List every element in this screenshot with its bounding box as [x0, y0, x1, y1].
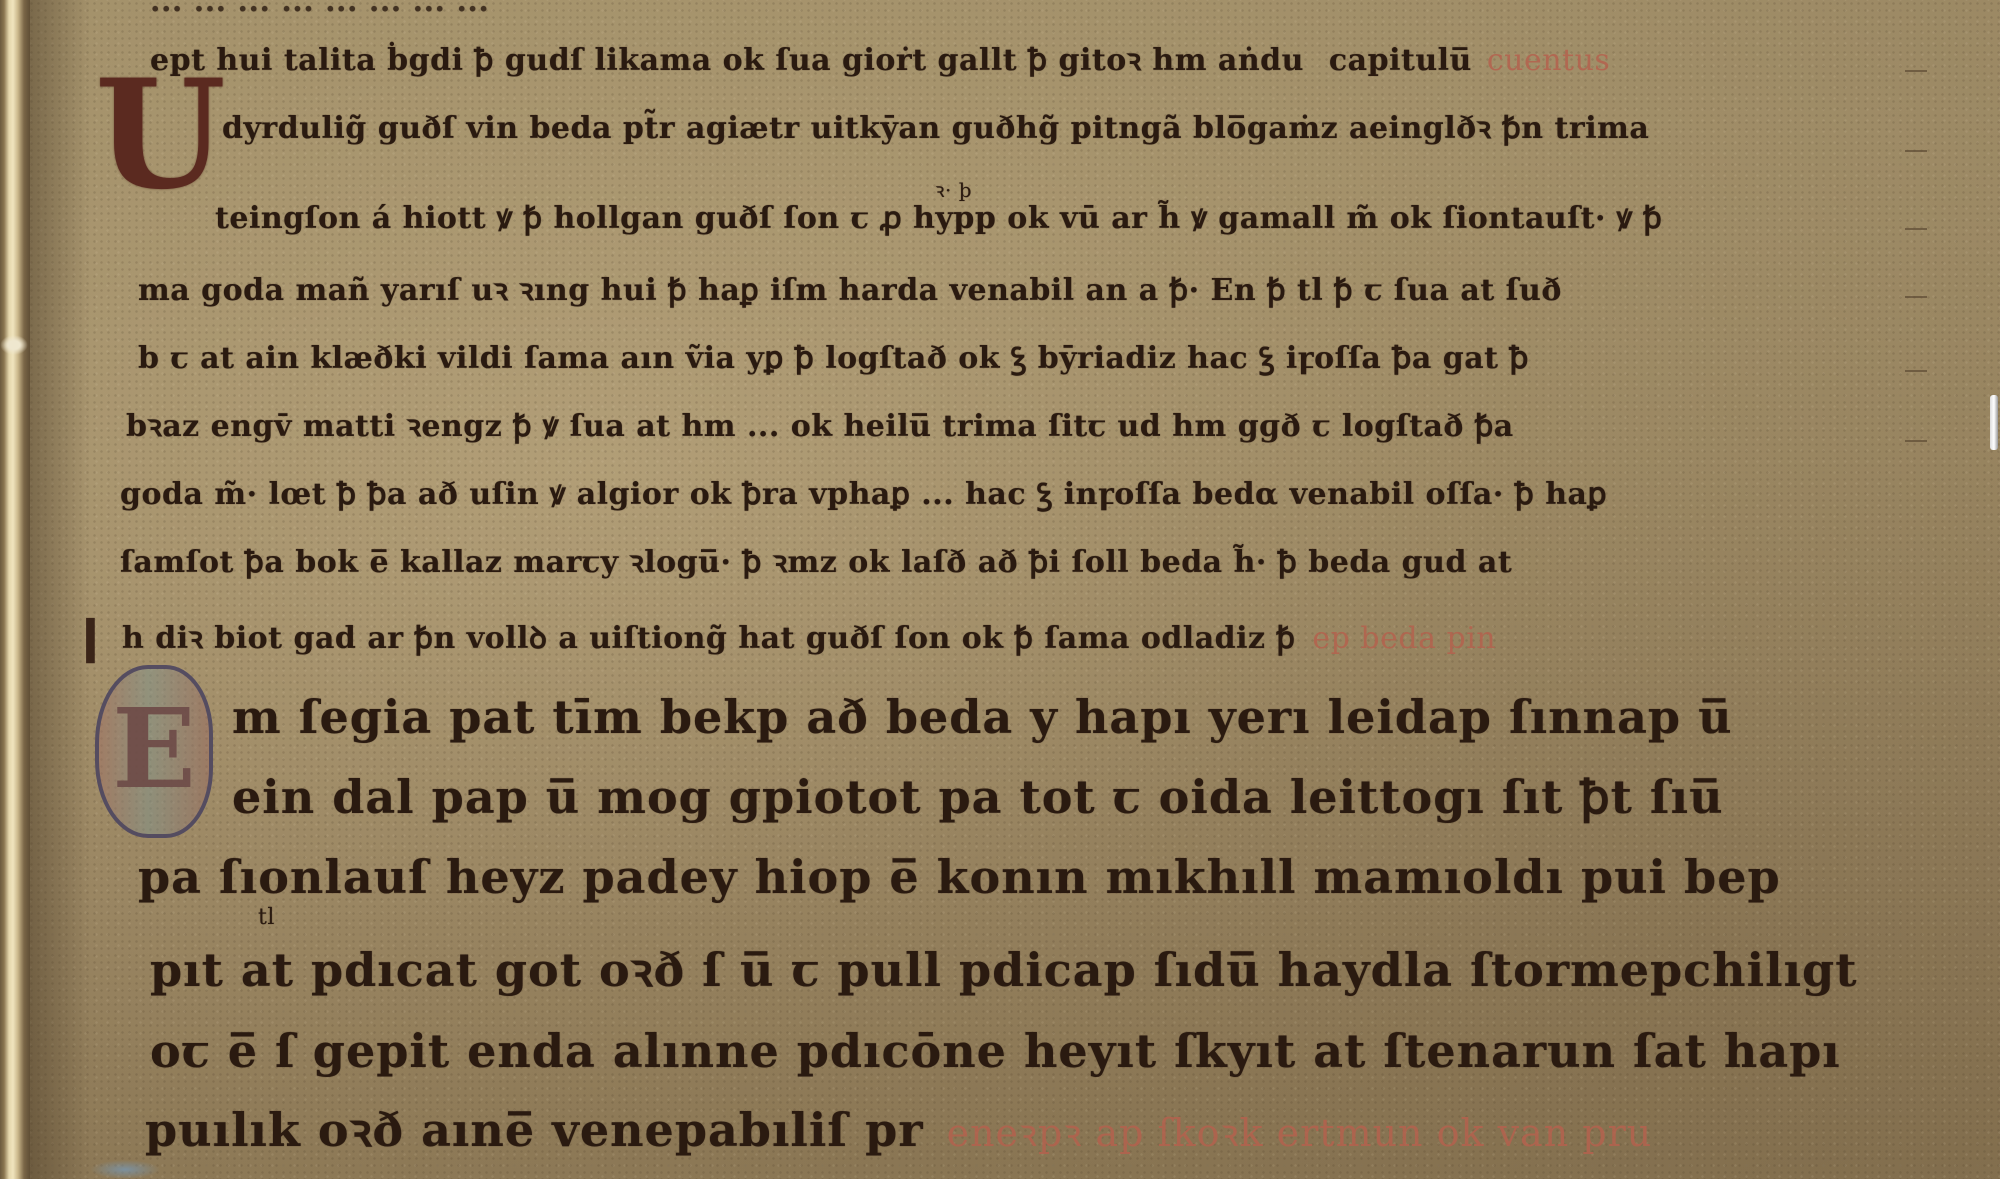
decorated-initial-u: U	[95, 60, 235, 210]
mounting-pin	[1990, 395, 1998, 450]
gutter-shadow	[30, 0, 90, 1179]
text-line-7: goda m̃· lœt ꝥ ꝥa að uſin ꝟ algior ok ꝥr…	[120, 472, 1607, 513]
text-line-13: pıt at pdıcat got oꝛð ſ u̅ ꞇ pull pdicap…	[150, 938, 1857, 1000]
chapter-heading: capitulu̅	[1329, 43, 1472, 78]
text-line-8: ſamſot ꝥa bok e̅ kallaz marꞇy ꝛlogu̅· ꝥ …	[120, 540, 1512, 581]
line-9-text: h diꝛ biot gad ar ꝥn vollꝺ a uiſtiong̃ h…	[122, 621, 1295, 656]
text-line-4: ma goda mañ yarıſ uꝛ ꝛıng hui ꝥ haꝑ iſm …	[138, 268, 1562, 309]
rubric-heading-3: eneꝛpꝛ ap ſkoꝛk ertmun ok van pru	[947, 1111, 1653, 1155]
ruling-tick	[1905, 70, 1927, 72]
binding-stitch	[0, 335, 28, 355]
ruling-tick	[1905, 150, 1927, 152]
paragraph-mark: ❙	[72, 612, 109, 663]
binding-strip	[0, 0, 30, 1179]
interlinear-gloss: tl	[258, 905, 275, 930]
text-line-11: ein dal pap u̅ mog gpiotot pa tot ꞇ oida…	[232, 770, 1724, 824]
manuscript-page: U E ❙ ... ... ... ... ... ... ... ... ep…	[0, 0, 2000, 1179]
text-line-2: dyrdulig̃ guðſ vin beda pt̃r agiætr uitk…	[222, 106, 1649, 147]
rubric-heading-1: cuentus	[1487, 43, 1610, 78]
rubric-heading-2: ep beda pin	[1312, 621, 1496, 656]
text-line-0: ... ... ... ... ... ... ... ...	[150, 0, 489, 19]
interlinear-gloss: ꝛ· þ	[935, 176, 972, 203]
ruling-tick	[1905, 370, 1927, 372]
text-line-10: m ſegia pat tīm bekp að beda y hapı yerı…	[232, 690, 1733, 744]
text-line-12: pa ſıonlauſ heyz padey hiop e̅ konın mık…	[138, 850, 1781, 904]
ruling-tick	[1905, 440, 1927, 442]
text-line-6: bꝛaz engv̄ matti ꝛengz ꝥ ꝟ ſua at hm ...…	[126, 404, 1514, 445]
ruling-tick	[1905, 296, 1927, 298]
pigment-stain	[90, 1160, 160, 1179]
line-1-text: ept hui talita ḃgdi ꝥ gudſ likama ok ſua…	[150, 43, 1304, 78]
text-line-1: ept hui talita ḃgdi ꝥ gudſ likama ok ſua…	[150, 38, 1610, 79]
text-line-5: b ꞇ at ain klæðki vildi ſama aın ṽia yꝑ …	[138, 336, 1529, 377]
text-line-14: oꞇ e̅ ſ gepit enda alınne pdıcōne heyıt …	[150, 1024, 1841, 1078]
text-line-15: puılık oꝛð aıne̅ venepabıliſ pr eneꝛpꝛ a…	[145, 1098, 1652, 1160]
decorated-initial-e: E	[95, 665, 213, 838]
text-line-9: h diꝛ biot gad ar ꝥn vollꝺ a uiſtiong̃ h…	[122, 616, 1496, 657]
line-15-text: puılık oꝛð aıne̅ venepabıliſ pr	[145, 1103, 924, 1157]
parchment-texture	[0, 0, 2000, 1179]
ruling-tick	[1905, 228, 1927, 230]
